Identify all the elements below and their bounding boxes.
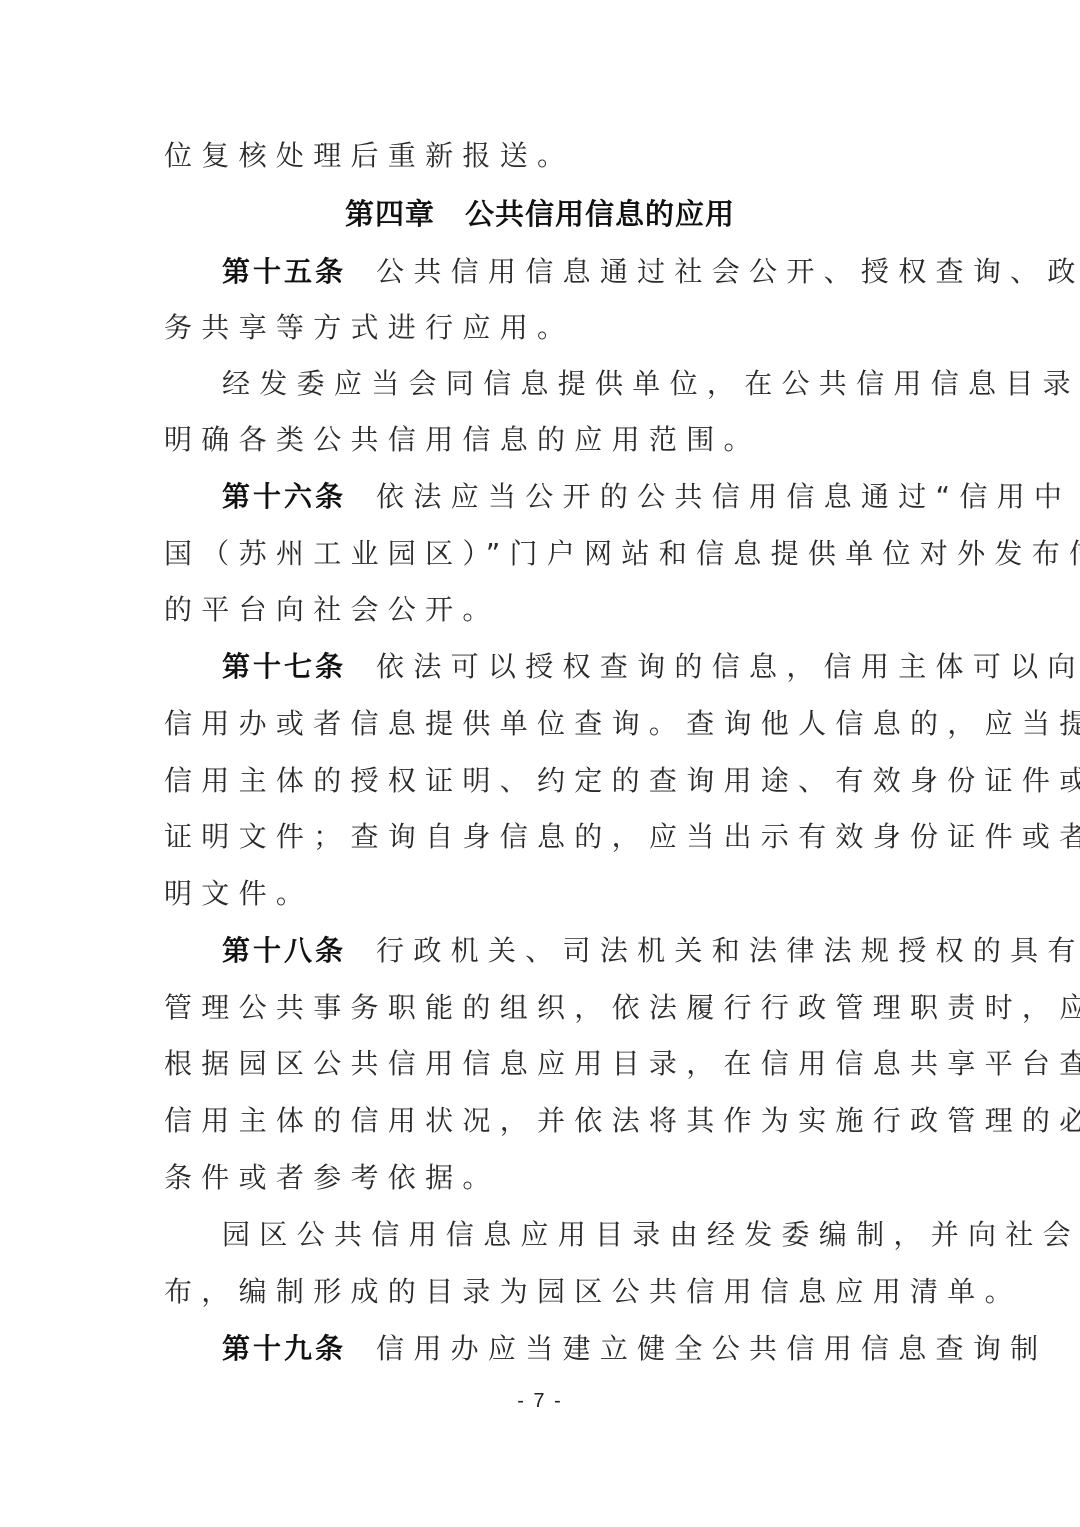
article-text: 信用办应当建立健全公共信用信息查询制 — [376, 1332, 1047, 1365]
article-18-line: 第十八条行政机关、司法机关和法律法规授权的具有 — [222, 933, 982, 969]
paragraph-line: 园区公共信用信息应用目录由经发委编制，并向社会公 — [222, 1217, 982, 1253]
paragraph-line: 国（苏州工业园区）”门户网站和信息提供单位对外发布信息 — [164, 536, 924, 572]
document-page: 位复核处理后重新报送。 第四章公共信用信息的应用 第十五条公共信用信息通过社会公… — [0, 0, 1080, 1527]
chapter-number: 第四章 — [345, 197, 435, 231]
article-label: 第十六条 — [222, 480, 346, 513]
paragraph-line: 信用办或者信息提供单位查询。查询他人信息的，应当提供 — [164, 706, 924, 742]
paragraph-line: 根据园区公共信用信息应用目录，在信用信息共享平台查询 — [164, 1046, 924, 1082]
article-15-line: 第十五条公共信用信息通过社会公开、授权查询、政 — [222, 254, 982, 290]
article-label: 第十七条 — [222, 650, 346, 683]
paragraph-line: 信用主体的信用状况，并依法将其作为实施行政管理的必要 — [164, 1103, 924, 1139]
paragraph-line: 务共享等方式进行应用。 — [164, 310, 924, 346]
article-text: 依法应当公开的公共信用信息通过“信用中 — [376, 480, 1071, 513]
paragraph-line: 经发委应当会同信息提供单位，在公共信用信息目录中 — [222, 366, 982, 402]
article-17-line: 第十七条依法可以授权查询的信息，信用主体可以向 — [222, 649, 982, 685]
article-16-line: 第十六条依法应当公开的公共信用信息通过“信用中 — [222, 479, 982, 515]
page-number: - 7 - — [0, 1390, 1080, 1413]
article-label: 第十五条 — [222, 255, 346, 288]
article-19-line: 第十九条信用办应当建立健全公共信用信息查询制 — [222, 1331, 982, 1367]
paragraph-line: 布，编制形成的目录为园区公共信用信息应用清单。 — [164, 1274, 924, 1310]
paragraph-line: 位复核处理后重新报送。 — [164, 138, 924, 174]
paragraph-line: 明文件。 — [164, 876, 924, 912]
article-text: 依法可以授权查询的信息，信用主体可以向 — [376, 650, 1080, 683]
paragraph-line: 的平台向社会公开。 — [164, 592, 924, 628]
paragraph-line: 条件或者参考依据。 — [164, 1160, 924, 1196]
chapter-title: 公共信用信息的应用 — [465, 197, 735, 231]
article-label: 第十八条 — [222, 934, 346, 967]
paragraph-line: 信用主体的授权证明、约定的查询用途、有效身份证件或者 — [164, 763, 924, 799]
paragraph-line: 管理公共事务职能的组织，依法履行行政管理职责时，应当 — [164, 990, 924, 1026]
article-text: 公共信用信息通过社会公开、授权查询、政 — [376, 255, 1080, 288]
paragraph-line: 证明文件；查询自身信息的，应当出示有效身份证件或者证 — [164, 819, 924, 855]
chapter-heading: 第四章公共信用信息的应用 — [0, 196, 1080, 232]
article-text: 行政机关、司法机关和法律法规授权的具有 — [376, 934, 1080, 967]
paragraph-line: 明确各类公共信用信息的应用范围。 — [164, 422, 924, 458]
article-label: 第十九条 — [222, 1332, 346, 1365]
